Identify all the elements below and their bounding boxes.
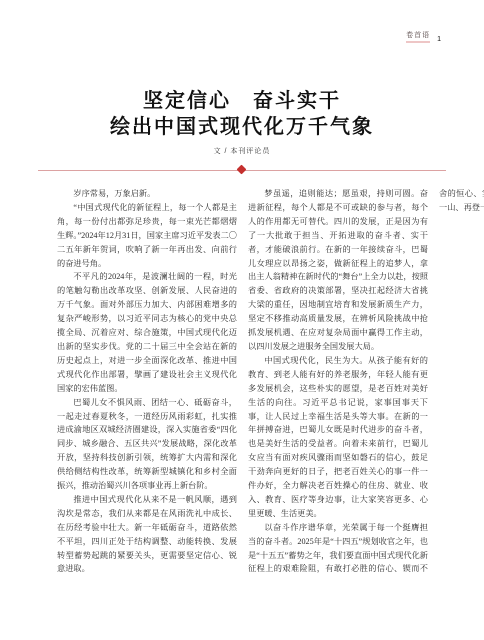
section-label: 卷首语 bbox=[406, 30, 430, 43]
title-line-1: 坚定信心 奋斗实干 bbox=[0, 88, 484, 114]
magazine-page: 卷首语 1 坚定信心 奋斗实干 绘出中国式现代化万千气象 文 / 本刊评论员 岁… bbox=[0, 0, 484, 640]
byline: 文 / 本刊评论员 bbox=[0, 146, 484, 156]
article-paragraph: 不平凡的2024年，是波澜壮阔的一程，时光的笔触勾勒出改革攻坚、创新发展、人民奋… bbox=[57, 270, 237, 395]
page-number: 1 bbox=[437, 36, 442, 43]
article-paragraph: 巴蜀儿女不惧风雨、团结一心、砥砺奋斗，一起走过春夏秋冬，一道经历风雨彩虹，扎实推… bbox=[57, 396, 237, 493]
page-header: 卷首语 1 bbox=[406, 30, 442, 43]
article-paragraph: “中国式现代化的新征程上，每一个人都是主角，每一份付出都弥足珍贵，每一束光芒都熠… bbox=[57, 201, 237, 271]
title-line-2: 绘出中国式现代化万千气象 bbox=[0, 114, 484, 140]
article-paragraph: 梦虽遥，追则能达；愿虽艰，持则可圆。奋进新征程，每个人都是不可或缺的参与者，每个… bbox=[248, 187, 428, 354]
diamond-icon bbox=[237, 165, 247, 175]
article-paragraph: 岁序常易，万象启新。 bbox=[57, 187, 237, 201]
article-paragraph: 推进中国式现代化从来不是一帆风顺，遇到沟坎是常态，我们从来都是在风雨洗礼中成长、… bbox=[57, 493, 237, 576]
article-body-columns: 岁序常易，万象启新。“中国式现代化的新征程上，每一个人都是主角，每一份付出都弥足… bbox=[57, 187, 428, 591]
article-paragraph: 中国式现代化，民生为大。从孩子能有好的教育、到老人能有好的养老服务，年轻人能有更… bbox=[248, 354, 428, 521]
article-title: 坚定信心 奋斗实干 绘出中国式现代化万千气象 bbox=[0, 88, 484, 140]
